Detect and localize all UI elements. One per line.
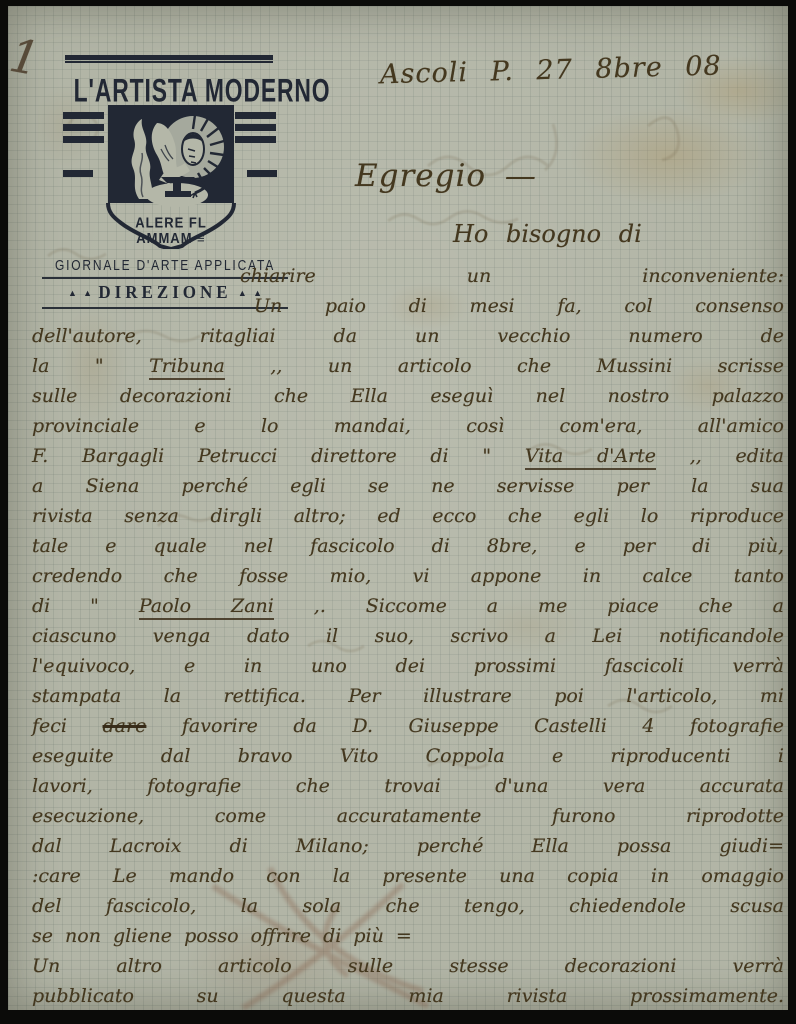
underlined-name: Paolo Zani	[139, 595, 274, 620]
letter-line: chiarire un inconveniente:	[32, 261, 784, 291]
letter-body: chiarire un inconveniente: Un paio di me…	[32, 261, 784, 1011]
motto-line-2: AMMAM ≡	[105, 231, 237, 246]
letter-line: eseguite dal bravo Vito Coppola e riprod…	[32, 741, 784, 771]
letterhead-top-rule	[65, 55, 273, 63]
letter-line: lavori, fotografie che trovai d'una vera…	[32, 771, 784, 801]
letterhead-bar-right	[247, 170, 277, 177]
letter-line: di " Paolo Zani ,. Siccome a me piace ch…	[32, 591, 784, 621]
letterhead-stripes-right	[235, 112, 276, 148]
motto-line-1: ALERE FL	[105, 216, 237, 231]
letter-line: stampata la rettifica. Per illustrare po…	[32, 681, 784, 711]
letter-opening: Ho bisogno di	[453, 220, 642, 248]
letter-line: F. Bargagli Petrucci direttore di " Vita…	[32, 441, 784, 471]
letter-line: se non gliene posso offrire di più =	[32, 921, 784, 951]
letter-line: sulle decorazioni che Ella eseguì nel no…	[32, 381, 784, 411]
letterhead-bar-left	[63, 170, 93, 177]
page-number: 1	[6, 28, 44, 86]
letter-line: la " Tribuna ,, un articolo che Mussini …	[32, 351, 784, 381]
letter-line: :care Le mando con la presente una copia…	[32, 861, 784, 891]
letter-line: a Siena perché egli se ne servisse per l…	[32, 471, 784, 501]
letter-line: esecuzione, come accuratamente furono ri…	[32, 801, 784, 831]
letter-line: dal Lacroix di Milano; perché Ella possa…	[32, 831, 784, 861]
letter-dateline: Ascoli P. 27 8bre 08	[380, 49, 789, 91]
struck-word: dare	[103, 715, 147, 737]
scan-background: { "scan": { "page_number": "1" }, "lette…	[0, 0, 796, 1024]
letter-line: dell'autore, ritagliai da un vecchio num…	[32, 321, 784, 351]
letter-line: Un paio di mesi fa, col consenso	[32, 291, 784, 321]
letter-line: rivista senza dirgli altro; ed ecco che …	[32, 501, 784, 531]
emblem-motto: ALERE FL AMMAM ≡	[105, 216, 237, 247]
letter-page: 1 L'ARTISTA MODERNO	[8, 6, 788, 1010]
letter-line: feci dare favorire da D. Giuseppe Castel…	[32, 711, 784, 741]
letter-line: credendo che fosse mio, vi appone in cal…	[32, 561, 784, 591]
underlined-title: Vita d'Arte	[525, 445, 656, 470]
letter-line: tale e quale nel fascicolo di 8bre, e pe…	[32, 531, 784, 561]
letterhead-stripes-left	[63, 112, 104, 148]
letter-line: provinciale e lo mandai, così com'era, a…	[32, 411, 784, 441]
letter-line: ciascuno venga dato il suo, scrivo a Lei…	[32, 621, 784, 651]
letter-salutation: Egregio —	[355, 158, 537, 194]
letter-line: pubblicato su questa mia rivista prossim…	[32, 981, 784, 1011]
letter-line: l'equivoco, e in uno dei prossimi fascic…	[32, 651, 784, 681]
letter-line: del fascicolo, la sola che tengo, chiede…	[32, 891, 784, 921]
magazine-title: L'ARTISTA MODERNO	[74, 70, 275, 110]
letter-line: Un altro articolo sulle stesse decorazio…	[32, 951, 784, 981]
underlined-title: Tribuna	[149, 355, 225, 380]
